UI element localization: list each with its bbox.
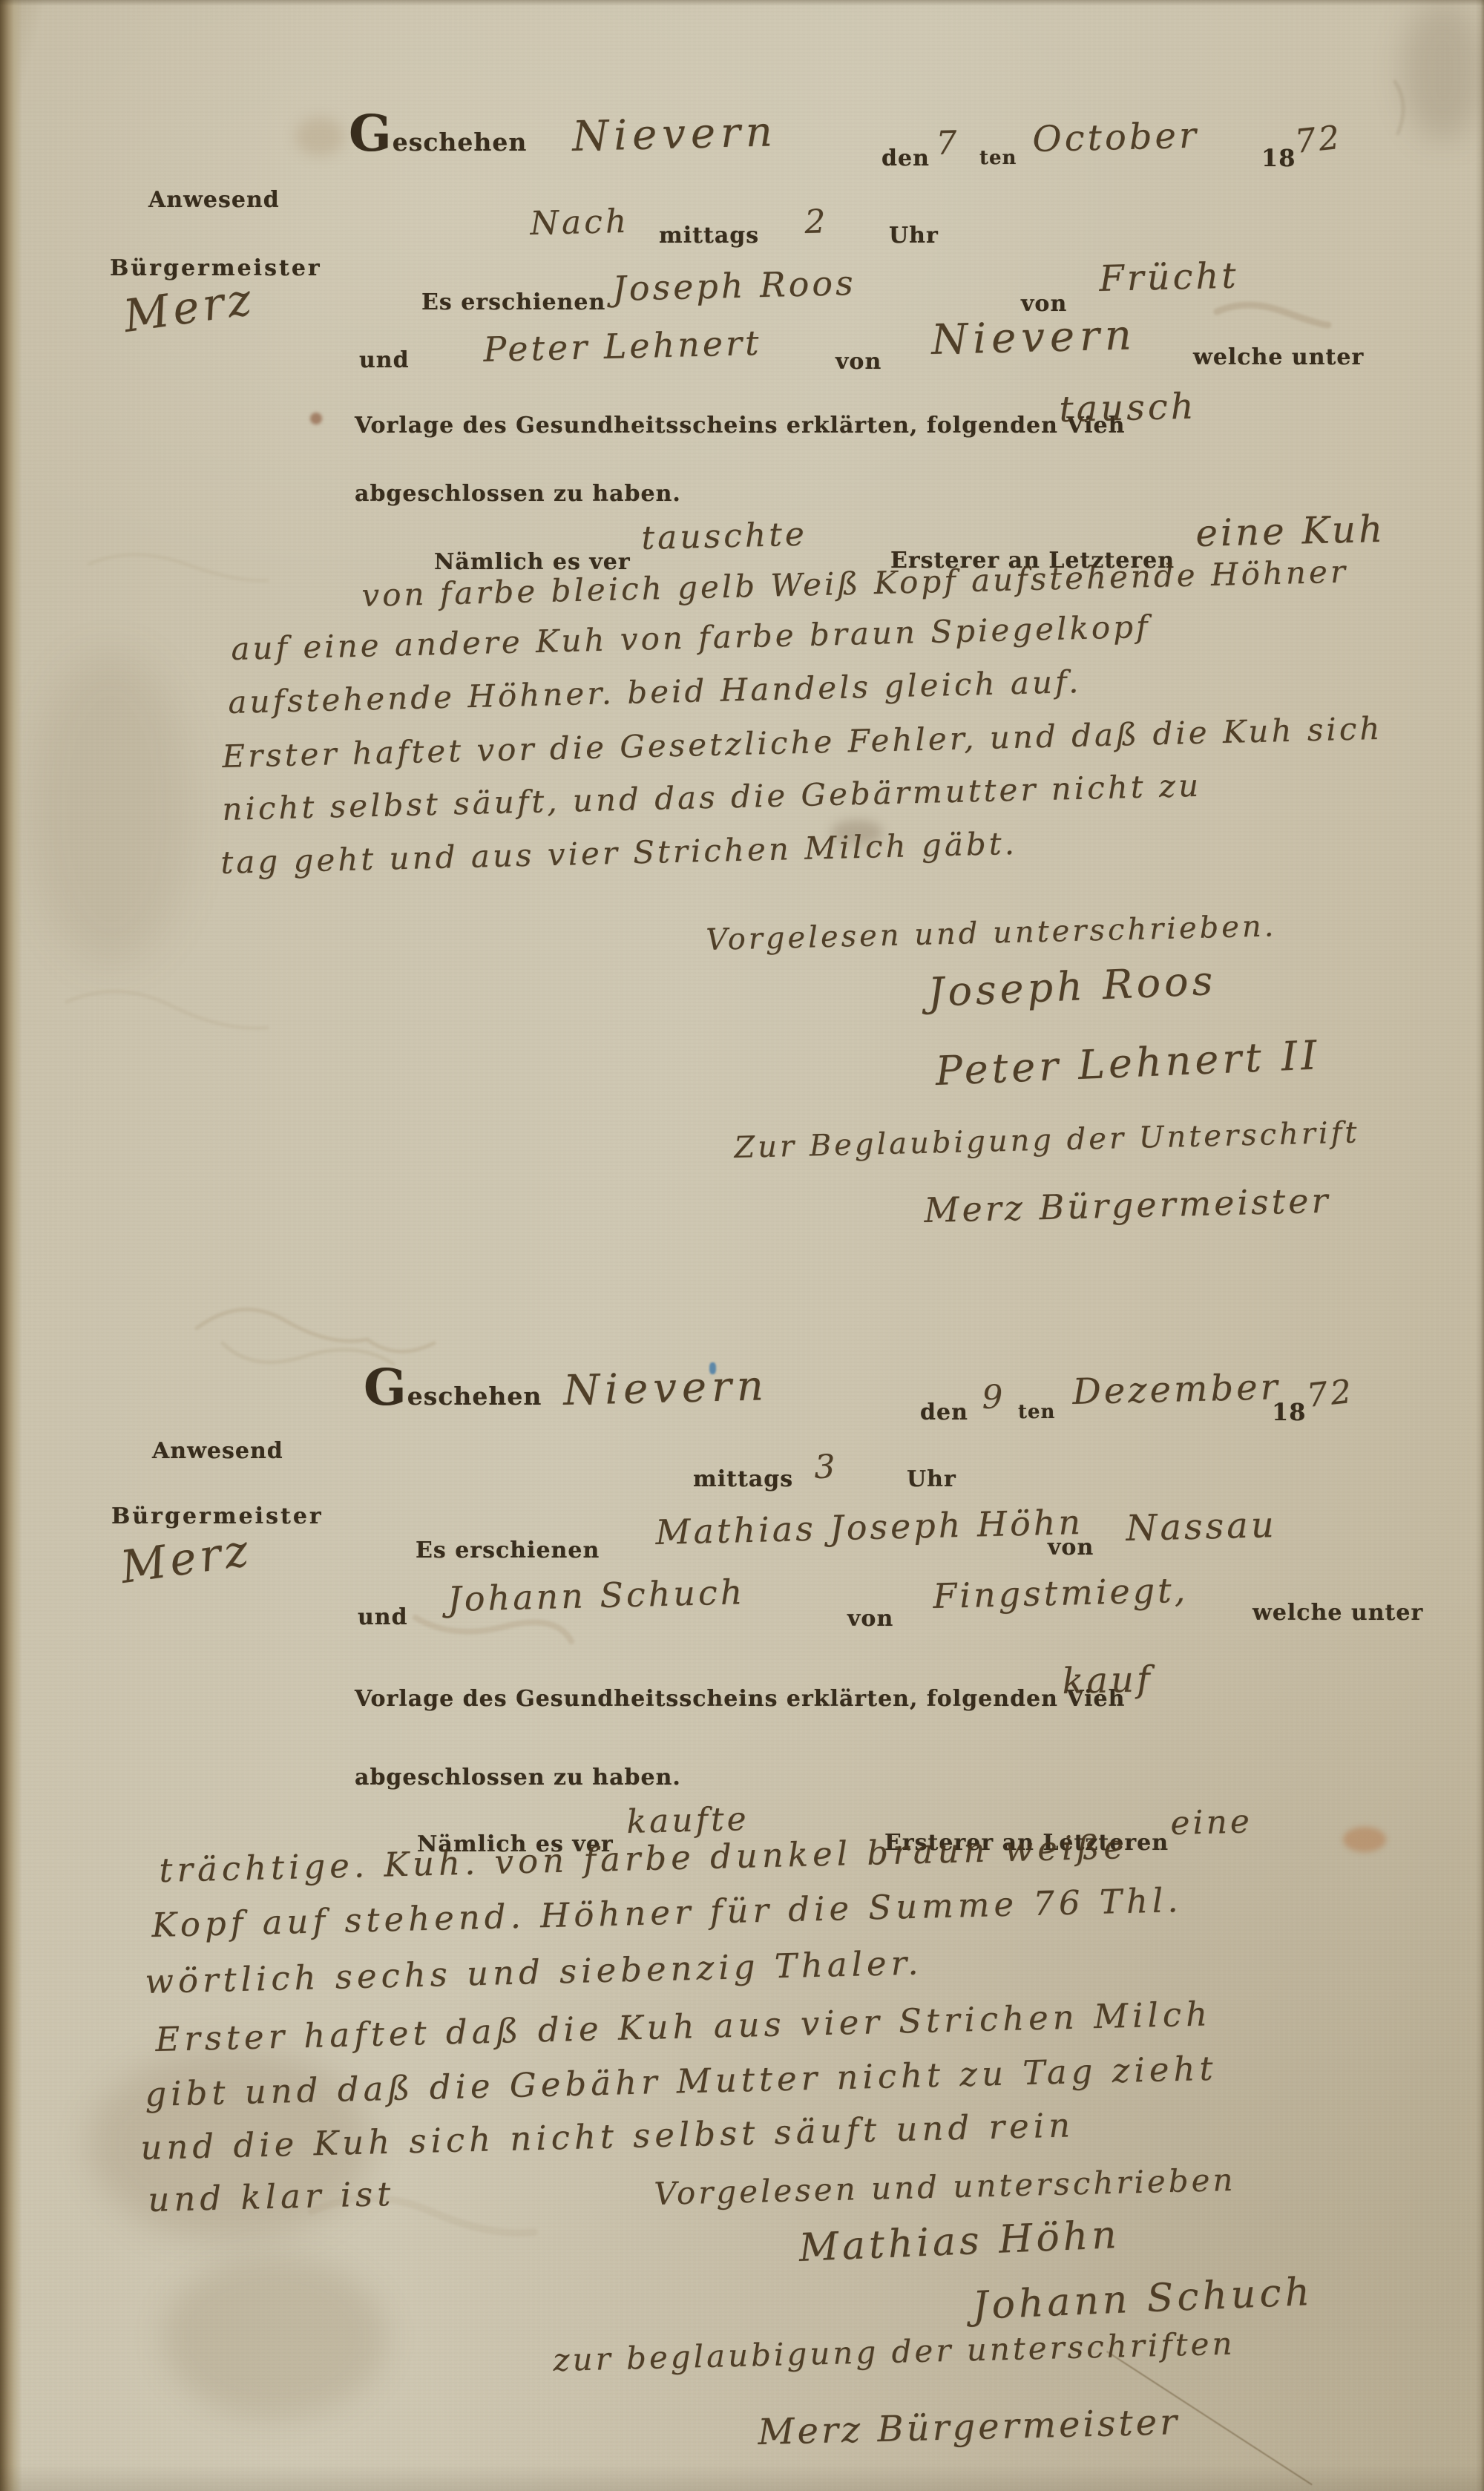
handwritten-object-2: eine	[1170, 1802, 1253, 1842]
margin-buergermeister-2: Bürgermeister	[111, 1503, 324, 1529]
margin-anwesend-2: Anwesend	[152, 1438, 283, 1464]
printed-von-b-2: von	[847, 1606, 893, 1632]
printed-den-1: den	[881, 145, 930, 171]
margin-anwesend-1: Anwesend	[148, 187, 280, 213]
printed-den-2: den	[920, 1399, 968, 1425]
handwritten-from2-1: Nievern	[930, 311, 1137, 364]
handwritten-place-2: Nievern	[562, 1362, 769, 1415]
printed-uhr-2: Uhr	[907, 1466, 956, 1492]
printed-es-erschienen-2: Es erschienen	[416, 1537, 600, 1563]
printed-ten-1: ten	[979, 147, 1017, 169]
printed-abgeschlossen-1: abgeschlossen zu haben.	[355, 481, 681, 507]
handwritten-hour-2: 3	[814, 1448, 838, 1486]
handwritten-day-2: 9	[982, 1378, 1006, 1417]
book-gutter-edge	[0, 0, 22, 2491]
handwritten-year-2: 72	[1305, 1373, 1356, 1415]
printed-abgeschlossen-2: abgeschlossen zu haben.	[355, 1765, 681, 1791]
printed-mittags-1: mittags	[659, 223, 759, 249]
printed-ten-2: ten	[1018, 1401, 1055, 1423]
handwritten-object-1: eine Kuh	[1195, 508, 1386, 555]
printed-uhr-1: Uhr	[889, 223, 939, 249]
printed-mittags-2: mittags	[693, 1466, 793, 1492]
printed-und-1: und	[359, 347, 410, 373]
printed-es-erschienen-1: Es erschienen	[421, 289, 605, 315]
handwritten-hour-1: 2	[804, 203, 829, 241]
printed-geschehen-2: Geschehen	[364, 1382, 542, 1411]
printed-vorlage-2: Vorlage des Gesundheitsscheins erklärten…	[355, 1686, 1125, 1712]
handwritten-tausch-1: tausch	[1059, 385, 1198, 430]
printed-welche-unter-2: welche unter	[1252, 1600, 1423, 1626]
page-bottom-edge	[0, 2464, 1484, 2491]
page-top-edge	[0, 0, 1484, 6]
handwritten-verb-2: kaufte	[626, 1800, 749, 1841]
handwritten-person1-1: Joseph Roos	[612, 263, 857, 309]
handwritten-kauf-2: kauf	[1062, 1658, 1154, 1702]
handwritten-from1-2: Nassau	[1126, 1504, 1278, 1549]
protocol-page: Geschehen Nievern den 7 ten October 18 7…	[0, 0, 1484, 2491]
page-right-edge	[1475, 0, 1484, 2491]
printed-year-1: 18	[1261, 144, 1296, 172]
handwritten-verb-1: tauschte	[641, 516, 808, 557]
handwritten-nach-1: Nach	[530, 203, 630, 243]
printed-geschehen-1: Geschehen	[349, 128, 527, 157]
handwritten-from1-1: Frücht	[1099, 255, 1240, 300]
handwritten-from2-2: Fingstmiegt,	[933, 1570, 1189, 1616]
handwritten-person2-1: Peter Lehnert	[483, 323, 762, 370]
handwritten-place-1: Nievern	[571, 108, 778, 161]
body-line: und klar ist	[148, 2174, 395, 2219]
handwritten-month-1: October	[1032, 115, 1200, 160]
printed-und-2: und	[358, 1604, 408, 1630]
printed-von-b-1: von	[835, 349, 881, 375]
handwritten-day-1: 7	[936, 124, 960, 163]
printed-von-a-2: von	[1048, 1535, 1094, 1560]
printed-vorlage-1: Vorlage des Gesundheitsscheins erklärten…	[355, 413, 1125, 439]
printed-year-2: 18	[1272, 1398, 1307, 1426]
handwritten-person2-2: Johann Schuch	[447, 1572, 746, 1619]
handwritten-month-2: Dezember	[1072, 1366, 1281, 1413]
handwritten-year-1: 72	[1293, 119, 1345, 161]
printed-welche-unter-1: welche unter	[1193, 344, 1364, 370]
